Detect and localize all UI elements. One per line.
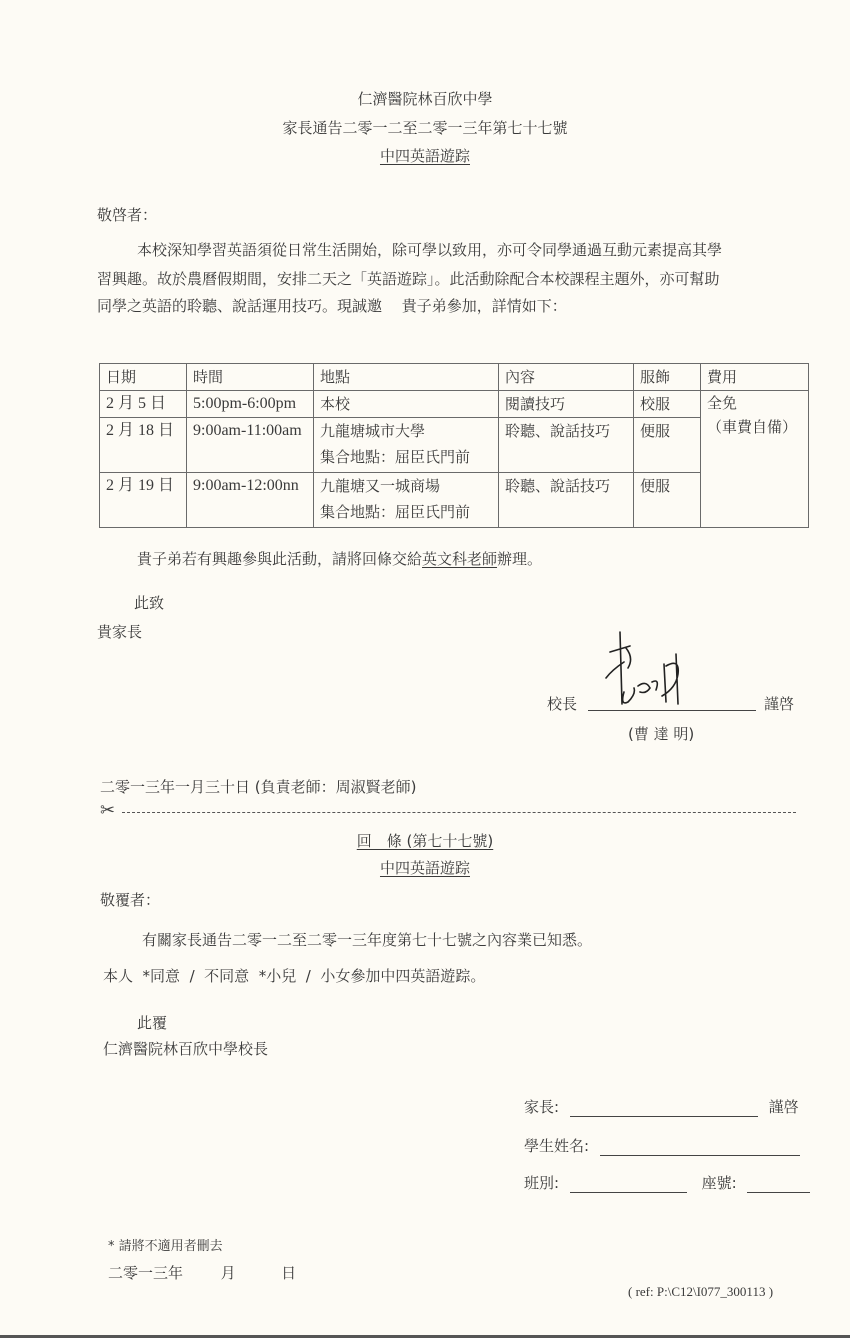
seat-label: 座號: [702,1174,737,1192]
paragraph-line-3: 同學之英語的聆聽、說話運用技巧。現誠邀 貴子弟參加，詳情如下： [97,296,567,316]
principal-signature-icon [590,618,700,718]
cell-place: 九龍塘又一城商場 集合地點：屈臣氏門前 [314,473,499,528]
reply-slip-subject: 中四英語遊踪 [0,858,850,878]
closing-parents: 貴家長 [97,622,142,642]
table-header-row: 日期 時間 地點 內容 服飾 費用 [100,364,809,391]
student-name-field: 學生姓名: [524,1136,800,1156]
reply-addressee: 仁濟醫院林百欣中學校長 [103,1039,268,1059]
school-name: 仁濟醫院林百欣中學 [0,89,850,109]
date-day: 日 [281,1264,296,1282]
cell-content: 閱讀技巧 [499,391,634,418]
student-name-input[interactable] [600,1141,800,1156]
cell-content: 聆聽、說話技巧 [499,473,634,528]
cut-line [122,812,796,813]
cell-place: 本校 [314,391,499,418]
meeting-point: 集合地點：屈臣氏門前 [320,444,498,470]
closing-ci-zhi: 此致 [134,593,164,613]
header-place: 地點 [314,364,499,391]
reply-date: 二零一三年 月 日 [108,1263,296,1283]
meeting-point: 集合地點：屈臣氏門前 [320,499,498,525]
table-row: 2 月 5 日 5:00pm-6:00pm 本校 閱讀技巧 校服 全免 （車費自… [100,391,809,418]
place-name: 九龍塘城市大學 [320,418,498,444]
class-seat-field: 班別: 座號: [524,1173,810,1193]
reply-instruction: 貴子弟若有興趣參與此活動，請將回條交給英文科老師辦理。 [137,549,542,569]
cell-fee: 全免 （車費自備） [701,391,809,528]
cell-date: 2 月 5 日 [100,391,187,418]
consent-statement: 本人 *同意 / 不同意 *小兒 / 小女參加中四英語遊踪。 [103,966,485,986]
header-fee: 費用 [701,364,809,391]
cell-date: 2 月 19 日 [100,473,187,528]
date-month: 月 [221,1264,236,1282]
scissors-icon: ✂ [100,801,115,821]
reply-salutation: 敬覆者： [100,890,160,910]
salutation: 敬啓者： [97,205,157,225]
cell-time: 9:00am-12:00nn [187,473,314,528]
header-content: 內容 [499,364,634,391]
paragraph-line-1: 本校深知學習英語須從日常生活開始，除可學以致用，亦可令同學通過互動元素提高其學 [137,240,722,260]
parent-suffix: 謹啓 [769,1098,799,1116]
instruction-text: 貴子弟若有興趣參與此活動，請將回條交給 [137,550,422,568]
acknowledgement-text: 有關家長通告二零一二至二零一三年度第七十七號之內容業已知悉。 [142,930,592,950]
instruction-end: 辦理。 [497,550,542,568]
cell-dress: 便服 [634,418,701,473]
principal-label: 校長 [547,694,577,714]
cell-place: 九龍塘城市大學 集合地點：屈臣氏門前 [314,418,499,473]
issue-date-line: 二零一三年一月三十日 (負責老師：周淑賢老師) [100,777,416,797]
class-input[interactable] [570,1178,687,1193]
notice-number: 家長通告二零一二至二零一三年第七十七號 [0,118,850,138]
cell-dress: 校服 [634,391,701,418]
parent-label: 家長: [524,1098,559,1116]
notice-subject: 中四英語遊踪 [0,146,850,166]
class-label: 班別: [524,1174,559,1192]
date-year: 二零一三年 [108,1264,183,1282]
header-date: 日期 [100,364,187,391]
schedule-table: 日期 時間 地點 內容 服飾 費用 2 月 5 日 5:00pm-6:00pm … [99,363,809,528]
seat-number-input[interactable] [747,1178,810,1193]
principal-name: (曹 達 明) [628,724,694,744]
parent-signature-input[interactable] [570,1102,758,1117]
cell-time: 5:00pm-6:00pm [187,391,314,418]
cell-time: 9:00am-11:00am [187,418,314,473]
parent-field: 家長: 謹啓 [524,1097,799,1117]
footnote: * 請將不適用者刪去 [108,1239,223,1255]
place-name: 九龍塘又一城商場 [320,473,498,499]
cell-date: 2 月 18 日 [100,418,187,473]
principal-suffix: 謹啓 [764,694,794,714]
reply-closing: 此覆 [137,1013,167,1033]
cell-dress: 便服 [634,473,701,528]
paragraph-line-2: 習興趣。故於農曆假期間，安排二天之「英語遊踪」。此活動除配合本校課程主題外，亦可… [97,269,720,289]
cell-content: 聆聽、說話技巧 [499,418,634,473]
header-time: 時間 [187,364,314,391]
student-name-label: 學生姓名: [524,1137,589,1155]
reference-code: ( ref: P:\C12\I077_300113 ) [628,1284,773,1300]
header-dress: 服飾 [634,364,701,391]
english-teacher-underlined: 英文科老師 [422,550,497,568]
fee-note: （車費自備） [707,415,808,439]
fee-free: 全免 [707,391,808,415]
reply-slip-title: 回 條 (第七十七號) [0,831,850,851]
